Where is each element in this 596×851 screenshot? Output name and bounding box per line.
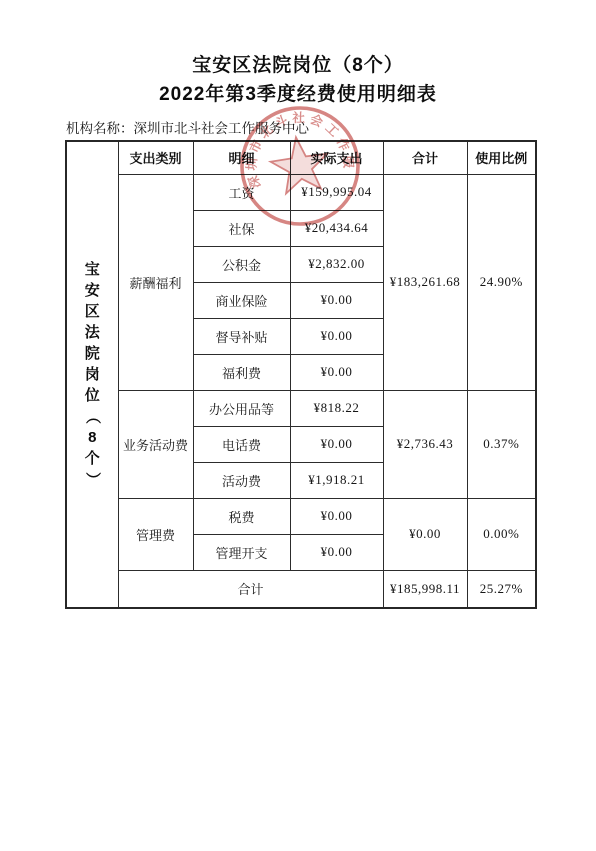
expense-detail-table: 宝安区法院岗位（8个） 支出类别 明细 实际支出 合计 使用比例 薪酬福利 工资… <box>65 140 537 609</box>
category-cell-management: 管理费 <box>118 498 193 570</box>
vertical-row-label-text: 宝安区法院岗位（8个） <box>69 262 116 487</box>
amount-cell: ¥818.22 <box>290 390 383 426</box>
grand-total-label-cell: 合计 <box>118 570 383 608</box>
vertical-row-label: 宝安区法院岗位（8个） <box>66 141 118 608</box>
amount-cell: ¥0.00 <box>290 498 383 534</box>
subtotal-cell-business-activity: ¥2,736.43 <box>383 390 467 498</box>
organization-name-label: 机构名称：深圳市北斗社会工作服务中心 <box>66 120 596 137</box>
grand-total-amount-cell: ¥185,998.11 <box>383 570 467 608</box>
amount-cell: ¥0.00 <box>290 282 383 318</box>
detail-cell: 活动费 <box>193 462 290 498</box>
category-cell-salary-welfare: 薪酬福利 <box>118 174 193 390</box>
col-header-actual-expense: 实际支出 <box>290 141 383 174</box>
col-header-usage-ratio: 使用比例 <box>467 141 536 174</box>
col-header-total: 合计 <box>383 141 467 174</box>
amount-cell: ¥0.00 <box>290 534 383 570</box>
table-row: 管理费 税费 ¥0.00 ¥0.00 0.00% <box>66 498 536 534</box>
detail-cell: 办公用品等 <box>193 390 290 426</box>
subtotal-cell-management: ¥0.00 <box>383 498 467 570</box>
detail-cell: 管理开支 <box>193 534 290 570</box>
detail-cell: 电话费 <box>193 426 290 462</box>
col-header-detail: 明细 <box>193 141 290 174</box>
table-header-row: 宝安区法院岗位（8个） 支出类别 明细 实际支出 合计 使用比例 <box>66 141 536 174</box>
table-grand-total-row: 合计 ¥185,998.11 25.27% <box>66 570 536 608</box>
grand-total-ratio-cell: 25.27% <box>467 570 536 608</box>
detail-cell: 福利费 <box>193 354 290 390</box>
document-title-line1: 宝安区法院岗位（8个） <box>0 53 596 78</box>
detail-cell: 工资 <box>193 174 290 210</box>
detail-cell: 督导补贴 <box>193 318 290 354</box>
ratio-cell-salary-welfare: 24.90% <box>467 174 536 390</box>
amount-cell: ¥0.00 <box>290 354 383 390</box>
amount-cell: ¥0.00 <box>290 318 383 354</box>
detail-cell: 社保 <box>193 210 290 246</box>
amount-cell: ¥20,434.64 <box>290 210 383 246</box>
amount-cell: ¥1,918.21 <box>290 462 383 498</box>
document-title-line2: 2022年第3季度经费使用明细表 <box>0 82 596 107</box>
document-page: 宝安区法院岗位（8个） 2022年第3季度经费使用明细表 机构名称：深圳市北斗社… <box>0 0 596 851</box>
table-row: 薪酬福利 工资 ¥159,995.04 ¥183,261.68 24.90% <box>66 174 536 210</box>
detail-cell: 税费 <box>193 498 290 534</box>
ratio-cell-business-activity: 0.37% <box>467 390 536 498</box>
category-cell-business-activity: 业务活动费 <box>118 390 193 498</box>
amount-cell: ¥159,995.04 <box>290 174 383 210</box>
amount-cell: ¥2,832.00 <box>290 246 383 282</box>
detail-cell: 商业保险 <box>193 282 290 318</box>
table-row: 业务活动费 办公用品等 ¥818.22 ¥2,736.43 0.37% <box>66 390 536 426</box>
subtotal-cell-salary-welfare: ¥183,261.68 <box>383 174 467 390</box>
ratio-cell-management: 0.00% <box>467 498 536 570</box>
col-header-category: 支出类别 <box>118 141 193 174</box>
amount-cell: ¥0.00 <box>290 426 383 462</box>
detail-cell: 公积金 <box>193 246 290 282</box>
